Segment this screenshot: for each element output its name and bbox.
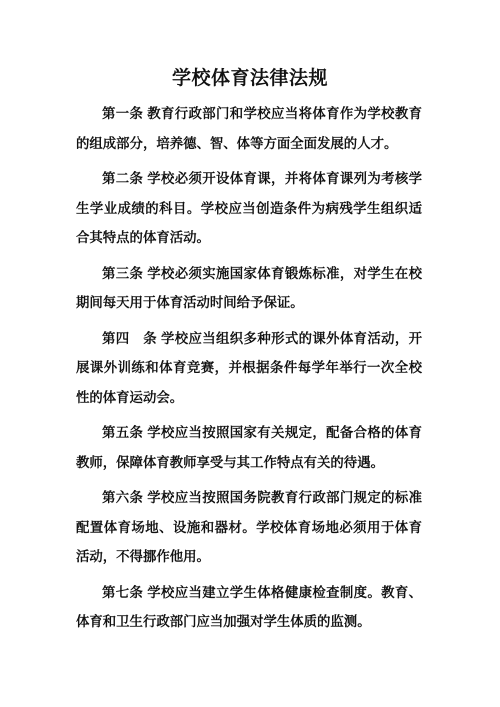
article-5: 第五条学校应当按照国家有关规定，配备合格的体育教师，保障体育教师享受与其工作特点…: [76, 419, 422, 478]
article-number: 第一条: [102, 107, 143, 122]
article-6: 第六条学校应当按照国务院教育行政部门规定的标准配置体育场地、设施和器材。学校体育…: [76, 484, 422, 573]
article-number: 第六条: [102, 491, 143, 506]
document-page: 学校体育法律法规 第一条教育行政部门和学校应当将体育作为学校教育的组成部分，培养…: [0, 0, 500, 707]
article-3: 第三条学校必须实施国家体育锻炼标准，对学生在校期间每天用于体育活动时间给予保证。: [76, 260, 422, 319]
article-number: 第七条: [102, 586, 143, 601]
article-4: 第四 条学校应当组织多种形式的课外体育活动，开展课外训练和体育竞赛，并根据条件每…: [76, 325, 422, 414]
document-body: 第一条教育行政部门和学校应当将体育作为学校教育的组成部分，培养德、智、体等方面全…: [76, 100, 422, 644]
article-number: 第五条: [102, 426, 143, 441]
article-number: 第二条: [102, 172, 143, 187]
article-2: 第二条学校必须开设体育课，并将体育课列为考核学生学业成绩的科目。学校应当创造条件…: [76, 165, 422, 254]
article-7: 第七条学校应当建立学生体格健康检查制度。教育、体育和卫生行政部门应当加强对学生体…: [76, 579, 422, 638]
article-number: 第三条: [102, 267, 143, 282]
article-1: 第一条教育行政部门和学校应当将体育作为学校教育的组成部分，培养德、智、体等方面全…: [76, 100, 422, 159]
document-title: 学校体育法律法规: [0, 66, 500, 90]
article-number: 第四 条: [102, 332, 157, 347]
